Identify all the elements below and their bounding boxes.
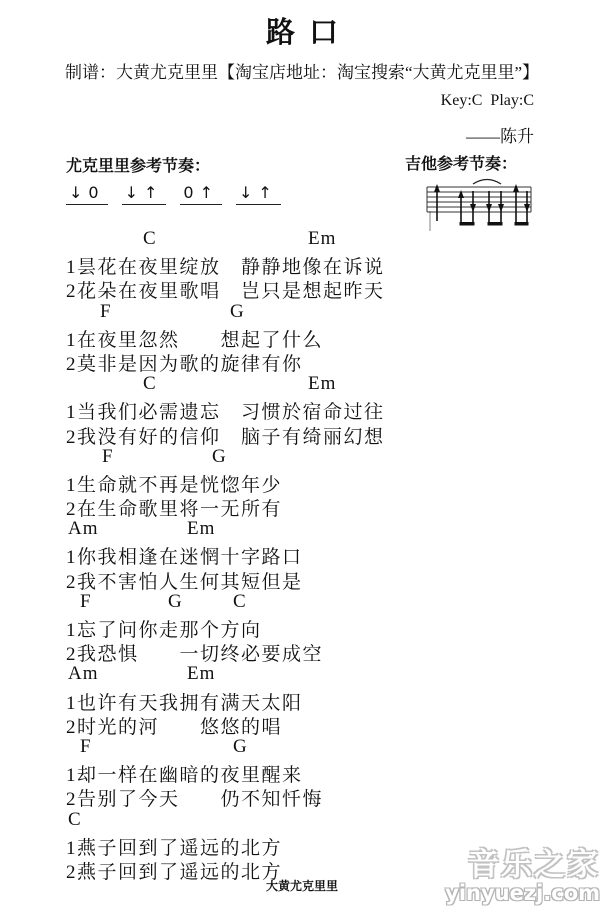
ukulele-rhythm-pattern: ↓0↓↑0↑↓↑: [66, 183, 295, 205]
lyrics-and-chords: CEm1昙花在夜里绽放 静静地像在诉说2花朵在夜里歌唱 岂只是想起昨天FG1在夜…: [66, 228, 594, 881]
chord-label: C: [233, 591, 247, 613]
lyric-line: 2我恐惧 一切终必要成空: [66, 639, 594, 663]
artist-line: ——陈升: [466, 122, 534, 147]
chord-label: Am: [68, 663, 99, 685]
chord-line: FG: [66, 301, 594, 325]
song-title: 路口: [0, 10, 604, 51]
lyric-line: 1昙花在夜里绽放 静静地像在诉说: [66, 252, 594, 276]
chord-line: FGC: [66, 591, 594, 615]
key-play-line: Key:C Play:C: [441, 92, 534, 110]
chord-line: CEm: [66, 373, 594, 397]
chord-label: G: [230, 301, 245, 323]
lyric-line: 1燕子回到了遥远的北方: [66, 833, 594, 857]
lyric-line: 2花朵在夜里歌唱 岂只是想起昨天: [66, 276, 594, 300]
lyric-line: 1你我相逢在迷惘十字路口: [66, 542, 594, 566]
guitar-rhythm-label: 吉他参考节奏：: [405, 151, 517, 174]
strum-group: ↓↑: [236, 183, 281, 205]
chord-label: Em: [308, 228, 336, 250]
lyric-line: 2时光的河 悠悠的唱: [66, 712, 594, 736]
lyric-line: 1在夜里忽然 想起了什么: [66, 325, 594, 349]
footer-brand: 大黄尤克里里: [0, 877, 604, 894]
lyric-line: 1也许有天我拥有满天太阳: [66, 688, 594, 712]
chord-label: G: [212, 446, 227, 468]
strum-group: 0↑: [180, 183, 222, 205]
chord-label: Em: [187, 518, 215, 540]
chord-line: AmEm: [66, 663, 594, 687]
chord-label: F: [80, 736, 92, 758]
chord-line: FG: [66, 736, 594, 760]
strum-group: ↓0: [66, 183, 108, 205]
chord-label: C: [68, 809, 82, 831]
ukulele-rhythm-label: 尤克里里参考节奏：: [66, 153, 210, 176]
chord-label: C: [143, 228, 157, 250]
chord-label: Am: [68, 518, 99, 540]
chord-label: Em: [187, 663, 215, 685]
chord-label: F: [100, 301, 112, 323]
chord-line: CEm: [66, 228, 594, 252]
lyric-line: 2我不害怕人生何其短但是: [66, 567, 594, 591]
chord-line: FG: [66, 446, 594, 470]
chord-label: Em: [308, 373, 336, 395]
strum-group: ↓↑: [122, 183, 167, 205]
lyric-line: 1生命就不再是恍惚年少: [66, 470, 594, 494]
credit-line: 制谱：大黄尤克里里【淘宝店地址：淘宝搜索“大黄尤克里里”】: [0, 58, 604, 83]
chord-label: G: [233, 736, 248, 758]
lyric-line: 1当我们必需遗忘 习惯於宿命过往: [66, 397, 594, 421]
lyric-line: 2告别了今天 仍不知忏悔: [66, 784, 594, 808]
guitar-rhythm-diagram: [413, 177, 533, 235]
chord-sheet-page: 路口 制谱：大黄尤克里里【淘宝店地址：淘宝搜索“大黄尤克里里”】 Key:C P…: [0, 0, 604, 906]
chord-label: F: [102, 446, 114, 468]
chord-line: C: [66, 809, 594, 833]
chord-line: AmEm: [66, 518, 594, 542]
chord-label: G: [168, 591, 183, 613]
lyric-line: 2莫非是因为歌的旋律有你: [66, 349, 594, 373]
lyric-line: 2在生命歌里将一无所有: [66, 494, 594, 518]
lyric-line: 1忘了问你走那个方向: [66, 615, 594, 639]
lyric-line: 2我没有好的信仰 脑子有绮丽幻想: [66, 422, 594, 446]
lyric-line: 1却一样在幽暗的夜里醒来: [66, 760, 594, 784]
chord-label: C: [143, 373, 157, 395]
chord-label: F: [80, 591, 92, 613]
